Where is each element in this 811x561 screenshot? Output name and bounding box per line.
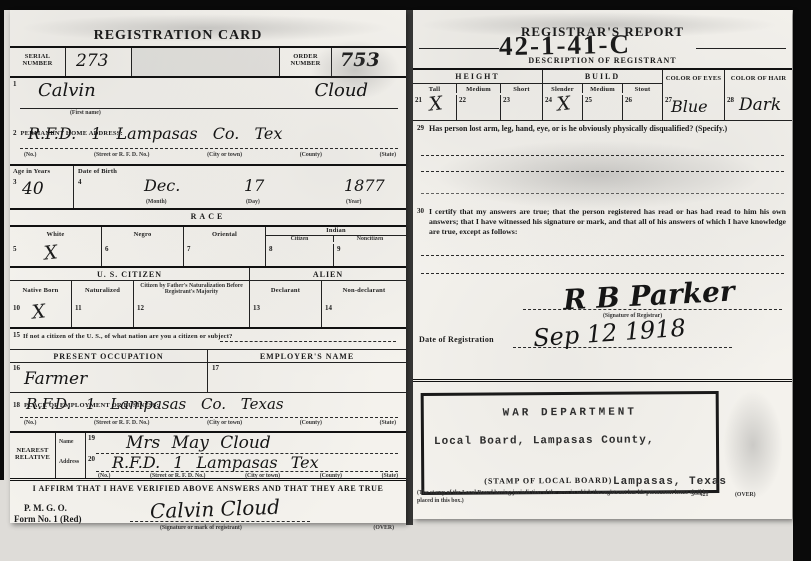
relative-address-label: Address	[56, 445, 85, 465]
race-white-number: 5	[13, 245, 17, 253]
dob-caption-day: (Day)	[246, 199, 260, 205]
stamp-instruction-note: (The stamp of the Local Board having jur…	[417, 490, 717, 505]
relative-caption-no: (No.)	[98, 473, 110, 479]
employment-caption-county: (County)	[300, 420, 322, 426]
relative-caption-city: (City or town)	[245, 473, 280, 479]
relative-name-value: Mrs May Cloud	[126, 433, 271, 453]
height-medium-number: 22	[459, 96, 466, 104]
citizen-table: Native Born Naturalized Citizen by Fathe…	[10, 281, 406, 329]
age-label: Age in Years	[10, 166, 73, 175]
citizen-naturalized-number: 11	[75, 304, 82, 312]
present-occupation-header: PRESENT OCCUPATION	[10, 350, 208, 362]
serial-order-row: SERIAL NUMBER 273 ORDER NUMBER 753	[10, 46, 406, 78]
line29-text: Has person lost arm, leg, hand, eye, or …	[429, 124, 784, 134]
registration-card-title: REGISTRATION CARD	[10, 28, 346, 44]
pmgo-label: P. M. G. O.	[24, 503, 67, 513]
scan-edge-left	[0, 0, 4, 480]
alien-nondeclarant-label: Non-declarant	[322, 281, 406, 303]
name-row: 1 Calvin Cloud (First name)	[10, 78, 406, 122]
employment-number: 18	[13, 401, 20, 409]
employment-block: 18 PLACE OF EMPLOYMENT OR BUSINESS: R.F.…	[10, 393, 406, 433]
print-code: 3—421	[691, 492, 708, 498]
race-indian-noncitizen-number: 9	[337, 245, 341, 253]
dob-year-value: 1877	[344, 176, 385, 195]
employment-caption-state: (State)	[380, 420, 396, 426]
build-stout-label: Stout	[623, 84, 662, 93]
employment-caption-street: (Street or R. F. D. No.)	[94, 420, 149, 426]
line29-blank-1	[421, 155, 784, 156]
serial-number-label: SERIAL NUMBER	[10, 48, 66, 76]
build-header: BUILD	[543, 70, 662, 84]
build-stout-number: 26	[625, 96, 632, 104]
line30-number: 30	[417, 207, 424, 215]
relative-caption-state: (State)	[382, 473, 398, 479]
height-tall-number: 21	[415, 96, 422, 104]
dob-line-number: 4	[78, 178, 82, 186]
scan-edge-top	[0, 0, 811, 10]
form-number-label: Form No. 1 (Red)	[14, 514, 81, 524]
line29-block: 29 Has person lost arm, leg, hand, eye, …	[413, 121, 792, 177]
dob-caption-month: (Month)	[146, 199, 167, 205]
citizen-father-label: Citizen by Father's Naturalization Befor…	[134, 281, 250, 303]
race-col-oriental-label: Oriental	[184, 227, 266, 244]
employer-number: 17	[212, 364, 219, 372]
address-value: R.F.D. 1 Lampasas Co. Tex	[28, 124, 282, 143]
address-line-number: 2	[13, 129, 17, 137]
order-number-label: ORDER NUMBER	[280, 48, 332, 76]
build-slender-number: 24	[545, 96, 552, 104]
citizen-native-mark: X	[31, 302, 46, 322]
height-tall-mark: X	[428, 94, 443, 114]
relative-address-number: 20	[88, 455, 95, 463]
war-department-stamp-line: WAR DEPARTMENT	[424, 406, 716, 420]
local-board-stamp-line: Local Board, Lampasas County,	[434, 434, 716, 448]
order-number-value: 753	[332, 48, 406, 76]
race-indian-citizen-number: 8	[269, 245, 273, 253]
citizen-native-number: 10	[13, 304, 20, 312]
eyes-value: Blue	[671, 97, 708, 116]
nearest-relative-label: NEAREST RELATIVE	[10, 433, 56, 478]
line15-number: 15	[13, 331, 20, 339]
us-citizen-header: U. S. CITIZEN	[10, 268, 250, 280]
employment-value: R.F.D. 1 Lampasas Co. Texas	[26, 395, 284, 413]
section-divider	[413, 357, 792, 382]
serial-blank-area	[132, 48, 280, 76]
serial-number-value: 273	[66, 48, 132, 76]
name-line-number: 1	[13, 80, 17, 88]
race-col-indian-label: Indian	[266, 227, 406, 236]
employment-caption-city: (City or town)	[207, 420, 242, 426]
height-medium-label: Medium	[457, 84, 501, 93]
stamp-area: WAR DEPARTMENT Local Board, Lampasas Cou…	[413, 388, 792, 506]
employers-name-header: EMPLOYER'S NAME	[208, 350, 406, 362]
dob-month-value: Dec.	[144, 176, 180, 195]
citizen-father-number: 12	[137, 304, 144, 312]
line30-text: I certify that my answers are true; that…	[429, 207, 786, 237]
build-slender-mark: X	[556, 94, 571, 114]
race-table: White Negro Oriental Indian Citizen Nonc…	[10, 227, 406, 268]
address-caption-no: (No.)	[24, 152, 36, 158]
race-col-negro-label: Negro	[102, 227, 184, 244]
build-medium-number: 25	[585, 96, 592, 104]
first-name-value: Calvin	[38, 80, 96, 101]
dob-day-value: 17	[244, 176, 264, 195]
occupation-value: Farmer	[24, 369, 87, 389]
race-negro-number: 6	[105, 245, 109, 253]
occupation-number: 16	[13, 364, 20, 372]
color-of-hair-header: COLOR OF HAIR	[725, 70, 792, 95]
last-name-value: Cloud	[315, 80, 368, 101]
occupation-header-row: PRESENT OCCUPATION EMPLOYER'S NAME	[10, 350, 406, 363]
alien-declarant-number: 13	[253, 304, 260, 312]
report-footer: 3—421 (OVER)	[413, 506, 792, 522]
dob-caption-year: (Year)	[346, 199, 361, 205]
description-table: HEIGHT Tall Medium Short BUILD Slender M…	[413, 68, 792, 121]
relative-name-label: Name	[56, 433, 85, 445]
line30-block: 30 I certify that my answers are true; t…	[413, 205, 792, 245]
stamp-city-state-line: Lampasas, Texas	[613, 476, 727, 488]
registrar-signature-block: R B Parker (Signature of Registrar)	[413, 287, 792, 323]
alien-nondeclarant-number: 14	[325, 304, 332, 312]
height-short-number: 23	[503, 96, 510, 104]
report-over-note: (OVER)	[735, 492, 756, 498]
address-caption-city: (City or town)	[207, 152, 242, 158]
bleed-through-band	[413, 177, 792, 205]
relative-name-number: 19	[88, 434, 95, 442]
registrant-signature-caption: (Signature or mark of registrant)	[160, 525, 242, 531]
affirmation-text: I AFFIRM THAT I HAVE VERIFIED ABOVE ANSW…	[10, 481, 406, 497]
race-oriental-number: 7	[187, 245, 191, 253]
height-header: HEIGHT	[413, 70, 542, 84]
line29-blank-2	[421, 171, 784, 172]
description-of-registrant-subtitle: DESCRIPTION OF REGISTRANT	[413, 56, 792, 65]
registration-card-page: REGISTRATION CARD SERIAL NUMBER 273 ORDE…	[10, 10, 406, 523]
address-caption-state: (State)	[380, 152, 396, 158]
relative-address-value: R.F.D. 1 Lampasas Tex	[112, 453, 319, 472]
date-of-registration-label: Date of Registration	[419, 335, 494, 344]
citizen-naturalized-label: Naturalized	[72, 281, 134, 303]
registration-card-over-note: (OVER)	[373, 525, 394, 531]
registrars-report-page: REGISTRAR'S REPORT 42-1-41-C DESCRIPTION…	[413, 10, 792, 519]
color-of-eyes-header: COLOR OF EYES	[663, 70, 725, 95]
relative-caption-street: (Street or R. F. D. No.)	[150, 473, 205, 479]
report-head: REGISTRAR'S REPORT 42-1-41-C DESCRIPTION…	[413, 10, 792, 68]
dob-label: Date of Birth	[74, 166, 406, 175]
hair-value: Dark	[739, 95, 781, 115]
address-caption-county: (County)	[300, 152, 322, 158]
address-caption-street: (Street or R. F. D. No.)	[94, 152, 149, 158]
build-medium-label: Medium	[583, 84, 623, 93]
age-value: 40	[22, 179, 44, 199]
address-block: 2 PERMANENT HOME ADDRESS: R.F.D. 1 Lampa…	[10, 122, 406, 166]
date-of-registration-block: Date of Registration Sep 12 1918	[413, 323, 792, 357]
occupation-value-row: 16 Farmer 17	[10, 363, 406, 393]
alien-declarant-label: Declarant	[250, 281, 322, 303]
race-indian-citizen-label: Citizen	[266, 236, 334, 242]
nearest-relative-block: NEAREST RELATIVE Name Address 19 Mrs May…	[10, 433, 406, 481]
registrant-signature: Calvin Cloud	[150, 495, 281, 524]
card-footer: P. M. G. O. Form No. 1 (Red) Calvin Clou…	[10, 497, 406, 543]
age-dob-row: Age in Years 3 40 Date of Birth 4 Dec. 1…	[10, 166, 406, 210]
employment-caption-no: (No.)	[24, 420, 36, 426]
race-section-header: RACE	[10, 210, 406, 227]
age-line-number: 3	[13, 178, 17, 186]
alien-header: ALIEN	[250, 268, 406, 280]
line15-block: 15 If not a citizen of the U. S., of wha…	[10, 329, 406, 350]
relative-caption-county: (County)	[320, 473, 342, 479]
race-white-mark: X	[43, 243, 58, 263]
hair-number: 28	[727, 96, 734, 104]
citizen-alien-header-row: U. S. CITIZEN ALIEN	[10, 268, 406, 281]
name-caption: (First name)	[70, 110, 101, 116]
height-short-label: Short	[501, 84, 542, 93]
scanned-document: REGISTRATION CARD SERIAL NUMBER 273 ORDE…	[0, 0, 811, 561]
race-indian-noncitizen-label: Noncitizen	[334, 236, 406, 242]
page-gutter	[406, 10, 413, 525]
scan-edge-right	[793, 0, 811, 561]
line15-blank	[220, 341, 396, 342]
line15-text: If not a citizen of the U. S., of what n…	[23, 333, 233, 340]
stamp-of-local-board-caption: (STAMP OF LOCAL BOARD)	[484, 476, 612, 486]
line29-number: 29	[417, 124, 424, 132]
